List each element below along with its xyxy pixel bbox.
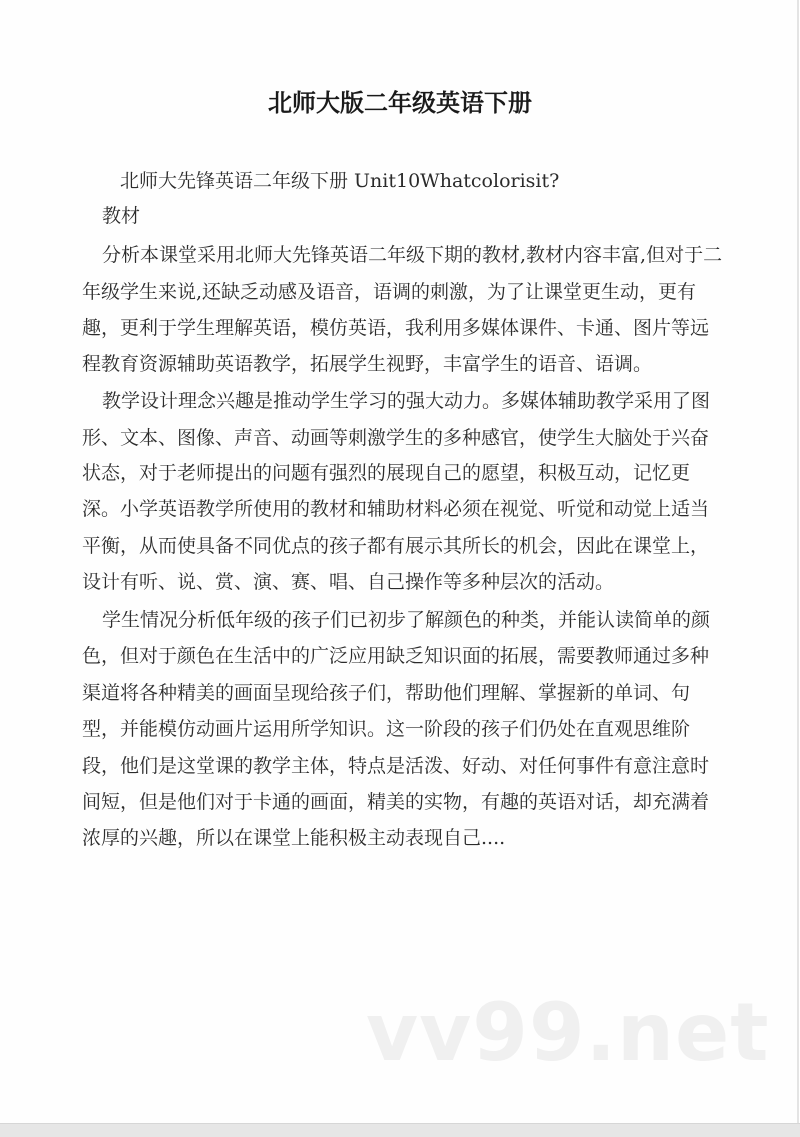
paragraph-2-line: 形、文本、图像、声音、动画等刺激学生的多种感官，使学生大脑处于兴奋 bbox=[82, 426, 709, 450]
paragraph-3-line: 型，并能模仿动画片运用所学知识。这一阶段的孩子们仍处在直观思维阶 bbox=[82, 717, 690, 741]
paragraph-2-line: 教学设计理念兴趣是推动学生学习的强大动力。多媒体辅助教学采用了图 bbox=[102, 389, 710, 413]
paragraph-3-line: 色，但对于颜色在生活中的广泛应用缺乏知识面的拓展，需要教师通过多种 bbox=[82, 644, 709, 668]
watermark: vv99.net bbox=[366, 988, 769, 1078]
paragraph-3-line: 段，他们是这堂课的教学主体，特点是活泼、好动、对任何事件有意注意时 bbox=[82, 754, 709, 778]
paragraph-3-line: 浓厚的兴趣，所以在课堂上能积极主动表现自己.... bbox=[82, 826, 505, 850]
paragraph-1-line: 程教育资源辅助英语教学，拓展学生视野，丰富学生的语音、语调。 bbox=[82, 352, 652, 376]
paragraph-3-line: 学生情况分析低年级的孩子们已初步了解颜色的种类，并能认读简单的颜 bbox=[102, 608, 710, 632]
document-title: 北师大版二年级英语下册 bbox=[0, 88, 800, 118]
paragraph-2-line: 设计有听、说、赏、演、赛、唱、自己操作等多种层次的活动。 bbox=[82, 570, 614, 594]
section-label: 教材 bbox=[102, 204, 140, 228]
paragraph-1-line: 年级学生来说,还缺乏动感及语音，语调的刺激，为了让课堂更生动，更有 bbox=[82, 280, 696, 304]
paragraph-3-line: 渠道将各种精美的画面呈现给孩子们，帮助他们理解、掌握新的单词、句 bbox=[82, 681, 690, 705]
document-page: 北师大版二年级英语下册 北师大先锋英语二年级下册 Unit10Whatcolor… bbox=[0, 0, 799, 1123]
page-bottom-edge bbox=[0, 1123, 800, 1137]
paragraph-2-line: 状态，对于老师提出的问题有强烈的展现自己的愿望，积极互动，记忆更 bbox=[82, 461, 690, 485]
paragraph-2-line: 平衡，从而使具备不同优点的孩子都有展示其所长的机会，因此在课堂上， bbox=[82, 534, 709, 558]
paragraph-1-line: 分析本课堂采用北师大先锋英语二年级下期的教材,教材内容丰富,但对于二 bbox=[102, 243, 722, 267]
paragraph-2-line: 深。小学英语教学所使用的教材和辅助材料必须在视觉、听觉和动觉上适当 bbox=[82, 497, 709, 521]
document-subtitle: 北师大先锋英语二年级下册 Unit10Whatcolorisit? bbox=[120, 169, 559, 193]
paragraph-1-line: 趣，更利于学生理解英语，模仿英语，我利用多媒体课件、卡通、图片等远 bbox=[82, 316, 709, 340]
paragraph-3-line: 间短，但是他们对于卡通的画面，精美的实物，有趣的英语对话，却充满着 bbox=[82, 790, 709, 814]
